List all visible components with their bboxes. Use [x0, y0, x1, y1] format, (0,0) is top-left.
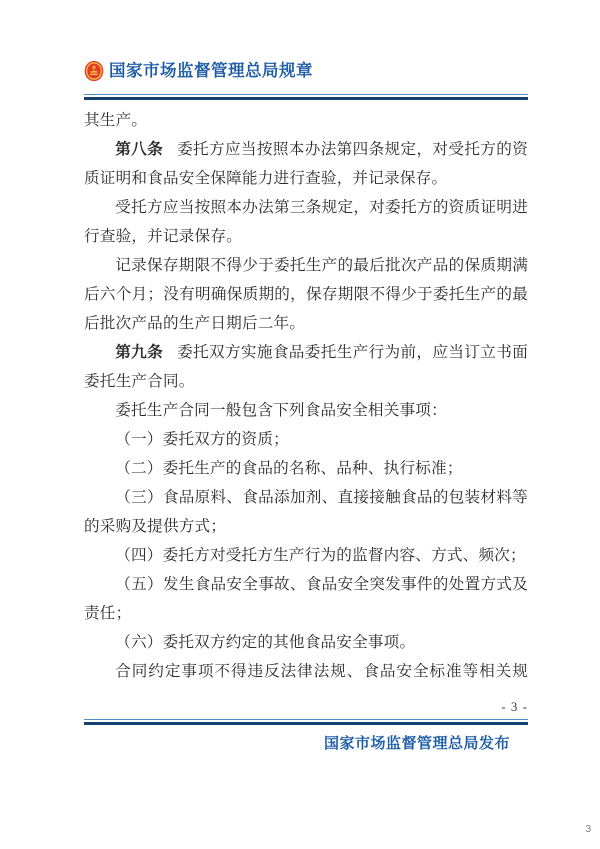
header-title: 国家市场监督管理总局规章 — [109, 59, 313, 83]
body-paragraph: （五）发生食品安全事故、食品安全突发事件的处置方式及责任； — [84, 570, 528, 628]
article-number: 第八条 — [115, 141, 163, 158]
body-paragraph: （二）委托生产的食品的名称、品种、执行标准； — [84, 454, 528, 483]
document-page: 国家市场监督管理总局规章 其生产。第八条委托方应当按照本办法第四条规定，对受托方… — [0, 0, 600, 849]
body-paragraph: （四）委托方对受托方生产行为的监督内容、方式、频次； — [84, 541, 528, 570]
header-rule — [84, 94, 528, 100]
publisher-line: 国家市场监督管理总局发布 — [324, 734, 510, 754]
national-emblem-icon — [84, 60, 104, 82]
page-header: 国家市场监督管理总局规章 — [84, 59, 528, 83]
page-number: - 3 - — [501, 699, 528, 715]
body-paragraph: 记录保存期限不得少于委托生产的最后批次产品的保质期满后六个月；没有明确保质期的，… — [84, 251, 528, 338]
body-paragraph: （一）委托双方的资质； — [84, 425, 528, 454]
corner-page-number: 3 — [585, 824, 591, 836]
document-body: 其生产。第八条委托方应当按照本办法第四条规定，对受托方的资质证明和食品安全保障能… — [84, 106, 528, 686]
body-paragraph: 委托生产合同一般包含下列食品安全相关事项： — [84, 396, 528, 425]
body-paragraph: 第九条委托双方实施食品委托生产行为前，应当订立书面委托生产合同。 — [84, 338, 528, 396]
body-paragraph: 其生产。 — [84, 106, 528, 135]
body-paragraph: 受托方应当按照本办法第三条规定，对委托方的资质证明进行查验，并记录保存。 — [84, 193, 528, 251]
body-paragraph: 第八条委托方应当按照本办法第四条规定，对受托方的资质证明和食品安全保障能力进行查… — [84, 135, 528, 193]
body-paragraph: （六）委托双方约定的其他食品安全事项。 — [84, 628, 528, 657]
body-paragraph: 合同约定事项不得违反法律法规、食品安全标准等相关规 — [84, 657, 528, 686]
article-number: 第九条 — [115, 344, 163, 361]
footer-rule — [84, 719, 528, 725]
body-paragraph: （三）食品原料、食品添加剂、直接接触食品的包装材料等的采购及提供方式； — [84, 483, 528, 541]
